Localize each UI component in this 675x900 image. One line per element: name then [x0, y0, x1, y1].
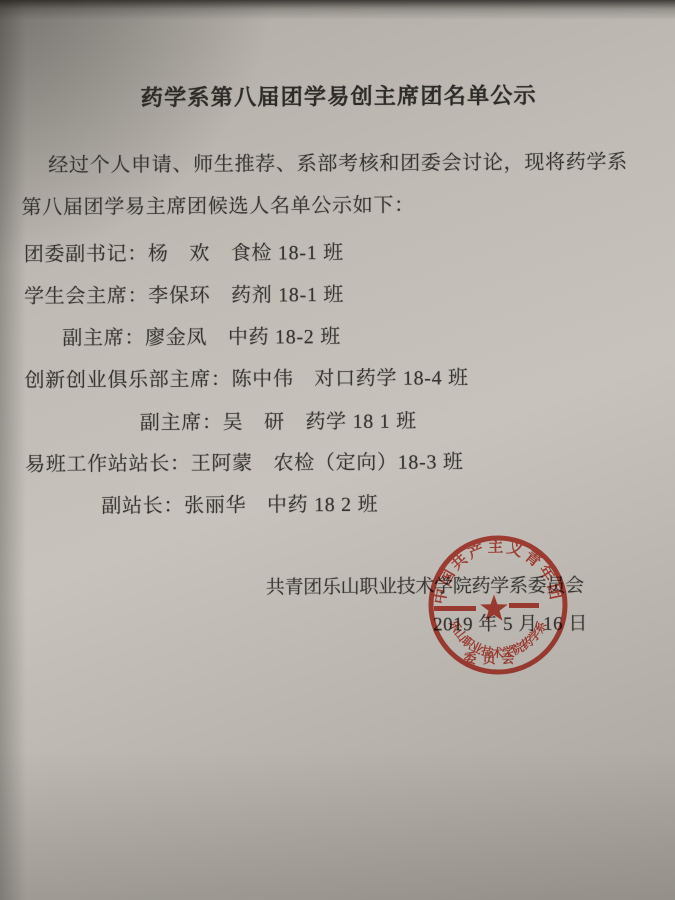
seal-ring-text: 中国共产主义青年团 — [431, 538, 565, 606]
seal-committee-text: 委员会 — [463, 651, 520, 666]
roster-line-innovation-club-president: 创新创业俱乐部主席：陈中伟 对口药学 18-4 班 — [25, 368, 469, 391]
roster-line-student-union-president: 学生会主席：李保环 药剂 18-1 班 — [24, 285, 344, 307]
paragraph-line-1: 经过个人申请、师生推荐、系部考核和团委会讨论，现将药学系 — [48, 152, 628, 176]
roster-line-deputy-secretary: 团委副书记：杨 欢 食检 18-1 班 — [24, 243, 344, 265]
document-title: 药学系第八届团学易创主席团名单公示 — [141, 85, 537, 109]
roster-line-vice-president-1: 副主席：廖金凤 中药 18-2 班 — [62, 327, 341, 349]
roster-line-yiban-station-chief: 易班工作站站长：王阿蒙 农检（定向）18-3 班 — [25, 452, 464, 475]
roster-line-vice-president-2: 副主席：吴 研 药学 18 1 班 — [140, 412, 417, 434]
paragraph-line-2: 第八届团学易主席团候选人名单公示如下： — [21, 196, 414, 218]
roster-line-deputy-station-chief: 副站长：张丽华 中药 18 2 班 — [101, 495, 378, 517]
seal-right-bar — [509, 603, 539, 608]
official-seal: 中国共产主义青年团 乐山职业技术学院药学系 委员会 — [420, 527, 576, 683]
photographed-document: 药学系第八届团学易创主席团名单公示 经过个人申请、师生推荐、系部考核和团委会讨论… — [0, 0, 675, 900]
document-page: 药学系第八届团学易创主席团名单公示 经过个人申请、师生推荐、系部考核和团委会讨论… — [0, 0, 675, 900]
seal-star-icon — [480, 595, 508, 621]
seal-left-bar — [434, 606, 476, 611]
